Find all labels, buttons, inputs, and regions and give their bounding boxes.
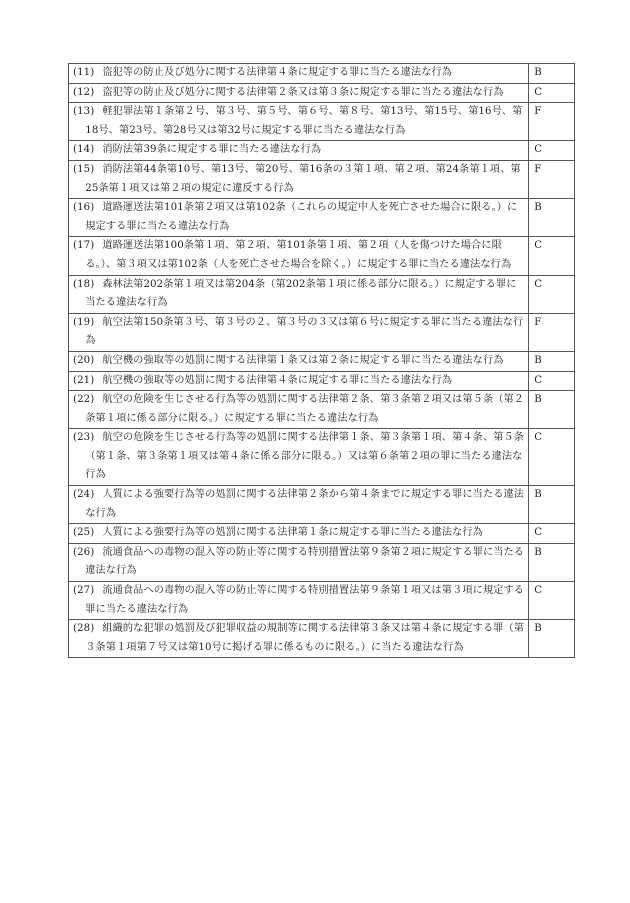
offense-description: (22)航空の危険を生じさせる行為等の処罰に関する法律第２条、第３条第２項又は第… <box>69 391 529 429</box>
classification-code: C <box>529 429 575 486</box>
item-number: (13) <box>73 106 94 117</box>
offense-description: (15)消防法第44条第10号、第13号、第20号、第16条の３第１項、第２項、… <box>69 160 529 198</box>
table-row: (21)航空機の強取等の処罰に関する法律第４条に規定する罪に当たる違法な行為 C <box>69 371 575 391</box>
classification-code: C <box>529 237 575 275</box>
offense-description: (24)人質による強要行為等の処罰に関する法律第２条から第４条までに規定する罪に… <box>69 486 529 524</box>
offense-description: (16)道路運送法第101条第２項又は第102条（これらの規定中人を死亡させた場… <box>69 199 529 237</box>
offense-description: (20)航空機の強取等の処罰に関する法律第１条又は第２条に規定する罪に当たる違法… <box>69 351 529 371</box>
offense-description: (26)流通食品への毒物の混入等の防止等に関する特別措置法第９条第２項に規定する… <box>69 543 529 581</box>
table-row: (17)道路運送法第100条第１項、第２項、第101条第１項、第２項（人を傷つけ… <box>69 237 575 275</box>
offense-text: 流通食品への毒物の混入等の防止等に関する特別措置法第９条第２項に規定する罪に当た… <box>85 547 524 577</box>
classification-code: B <box>529 620 575 658</box>
offense-text: 盗犯等の防止及び処分に関する法律第２条又は第３条に規定する罪に当たる違法な行為 <box>102 87 503 98</box>
offense-classification-table: (11)盗犯等の防止及び処分に関する法律第４条に規定する罪に当たる違法な行為 B… <box>68 63 575 658</box>
offense-description: (27)流通食品への毒物の混入等の防止等に関する特別措置法第９条第１項又は第３項… <box>69 582 529 620</box>
offense-text: 人質による強要行為等の処罰に関する法律第１条に規定する罪に当たる違法な行為 <box>102 527 483 538</box>
classification-code: B <box>529 543 575 581</box>
offense-text: 航空の危険を生じさせる行為等の処罰に関する法律第２条、第３条第２項又は第５条（第… <box>85 394 524 424</box>
table-row: (16)道路運送法第101条第２項又は第102条（これらの規定中人を死亡させた場… <box>69 199 575 237</box>
offense-text: 航空法第150条第３号、第３号の２、第３号の３又は第６号に規定する罪に当たる違法… <box>85 317 523 347</box>
item-number: (15) <box>73 164 94 175</box>
offense-description: (21)航空機の強取等の処罰に関する法律第４条に規定する罪に当たる違法な行為 <box>69 371 529 391</box>
item-number: (19) <box>73 317 94 328</box>
offense-text: 盗犯等の防止及び処分に関する法律第４条に規定する罪に当たる違法な行為 <box>102 67 452 78</box>
offense-text: 組織的な犯罪の処罰及び犯罪収益の規制等に関する法律第３条又は第４条に規定する罪（… <box>85 623 524 653</box>
classification-code: B <box>529 351 575 371</box>
offense-text: 消防法第39条に規定する罪に当たる違法な行為 <box>102 144 321 155</box>
item-number: (18) <box>73 279 94 290</box>
offense-description: (14)消防法第39条に規定する罪に当たる違法な行為 <box>69 141 529 161</box>
classification-code: F <box>529 313 575 351</box>
offense-description: (11)盗犯等の防止及び処分に関する法律第４条に規定する罪に当たる違法な行為 <box>69 64 529 84</box>
table-row: (19)航空法第150条第３号、第３号の２、第３号の３又は第６号に規定する罪に当… <box>69 313 575 351</box>
offense-description: (17)道路運送法第100条第１項、第２項、第101条第１項、第２項（人を傷つけ… <box>69 237 529 275</box>
item-number: (25) <box>73 527 94 538</box>
table-row: (18)森林法第202条第１項又は第204条（第202条第１項に係る部分に限る。… <box>69 275 575 313</box>
table-row: (11)盗犯等の防止及び処分に関する法律第４条に規定する罪に当たる違法な行為 B <box>69 64 575 84</box>
classification-code: C <box>529 524 575 544</box>
item-number: (28) <box>73 623 94 634</box>
table-row: (20)航空機の強取等の処罰に関する法律第１条又は第２条に規定する罪に当たる違法… <box>69 351 575 371</box>
item-number: (14) <box>73 144 94 155</box>
classification-code: B <box>529 64 575 84</box>
table-row: (28)組織的な犯罪の処罰及び犯罪収益の規制等に関する法律第３条又は第４条に規定… <box>69 620 575 658</box>
offense-text: 道路運送法第100条第１項、第２項、第101条第１項、第２項（人を傷つけた場合に… <box>85 240 511 270</box>
offense-description: (13)軽犯罪法第１条第２号、第３号、第５号、第６号、第８号、第13号、第15号… <box>69 103 529 141</box>
offense-text: 消防法第44条第10号、第13号、第20号、第16条の３第１項、第２項、第24条… <box>85 164 521 194</box>
classification-code: C <box>529 582 575 620</box>
item-number: (21) <box>73 375 94 386</box>
classification-code: B <box>529 486 575 524</box>
offense-text: 道路運送法第101条第２項又は第102条（これらの規定中人を死亡させた場合に限る… <box>85 202 517 232</box>
classification-code: F <box>529 103 575 141</box>
classification-code: C <box>529 371 575 391</box>
table-row: (24)人質による強要行為等の処罰に関する法律第２条から第４条までに規定する罪に… <box>69 486 575 524</box>
item-number: (20) <box>73 355 94 366</box>
offense-text: 森林法第202条第１項又は第204条（第202条第１項に係る部分に限る。）に規定… <box>85 279 516 309</box>
offense-description: (19)航空法第150条第３号、第３号の２、第３号の３又は第６号に規定する罪に当… <box>69 313 529 351</box>
classification-code: B <box>529 391 575 429</box>
classification-code: B <box>529 199 575 237</box>
offense-text: 航空の危険を生じさせる行為等の処罰に関する法律第１条、第３条第１項、第４条、第５… <box>85 432 524 480</box>
item-number: (22) <box>73 394 94 405</box>
classification-code: F <box>529 160 575 198</box>
item-number: (27) <box>73 585 94 596</box>
table-row: (13)軽犯罪法第１条第２号、第３号、第５号、第６号、第８号、第13号、第15号… <box>69 103 575 141</box>
table-row: (15)消防法第44条第10号、第13号、第20号、第16条の３第１項、第２項、… <box>69 160 575 198</box>
offense-text: 流通食品への毒物の混入等の防止等に関する特別措置法第９条第１項又は第３項に規定す… <box>85 585 524 615</box>
item-number: (16) <box>73 202 94 213</box>
offense-description: (12)盗犯等の防止及び処分に関する法律第２条又は第３条に規定する罪に当たる違法… <box>69 83 529 103</box>
table-row: (14)消防法第39条に規定する罪に当たる違法な行為 C <box>69 141 575 161</box>
table-row: (12)盗犯等の防止及び処分に関する法律第２条又は第３条に規定する罪に当たる違法… <box>69 83 575 103</box>
classification-code: C <box>529 275 575 313</box>
offense-description: (25)人質による強要行為等の処罰に関する法律第１条に規定する罪に当たる違法な行… <box>69 524 529 544</box>
table-row: (22)航空の危険を生じさせる行為等の処罰に関する法律第２条、第３条第２項又は第… <box>69 391 575 429</box>
offense-text: 航空機の強取等の処罰に関する法律第４条に規定する罪に当たる違法な行為 <box>102 375 452 386</box>
item-number: (11) <box>73 67 94 78</box>
item-number: (24) <box>73 489 94 500</box>
offense-text: 航空機の強取等の処罰に関する法律第１条又は第２条に規定する罪に当たる違法な行為 <box>102 355 503 366</box>
classification-code: C <box>529 141 575 161</box>
table-row: (25)人質による強要行為等の処罰に関する法律第１条に規定する罪に当たる違法な行… <box>69 524 575 544</box>
offense-text: 軽犯罪法第１条第２号、第３号、第５号、第６号、第８号、第13号、第15号、第16… <box>85 106 522 136</box>
table-row: (27)流通食品への毒物の混入等の防止等に関する特別措置法第９条第１項又は第３項… <box>69 582 575 620</box>
offense-description: (28)組織的な犯罪の処罰及び犯罪収益の規制等に関する法律第３条又は第４条に規定… <box>69 620 529 658</box>
item-number: (26) <box>73 547 94 558</box>
item-number: (23) <box>73 432 94 443</box>
offense-description: (18)森林法第202条第１項又は第204条（第202条第１項に係る部分に限る。… <box>69 275 529 313</box>
classification-code: C <box>529 83 575 103</box>
item-number: (12) <box>73 87 94 98</box>
offense-text: 人質による強要行為等の処罰に関する法律第２条から第４条までに規定する罪に当たる違… <box>85 489 524 519</box>
table-row: (23)航空の危険を生じさせる行為等の処罰に関する法律第１条、第３条第１項、第４… <box>69 429 575 486</box>
offense-description: (23)航空の危険を生じさせる行為等の処罰に関する法律第１条、第３条第１項、第４… <box>69 429 529 486</box>
table-row: (26)流通食品への毒物の混入等の防止等に関する特別措置法第９条第２項に規定する… <box>69 543 575 581</box>
item-number: (17) <box>73 240 94 251</box>
